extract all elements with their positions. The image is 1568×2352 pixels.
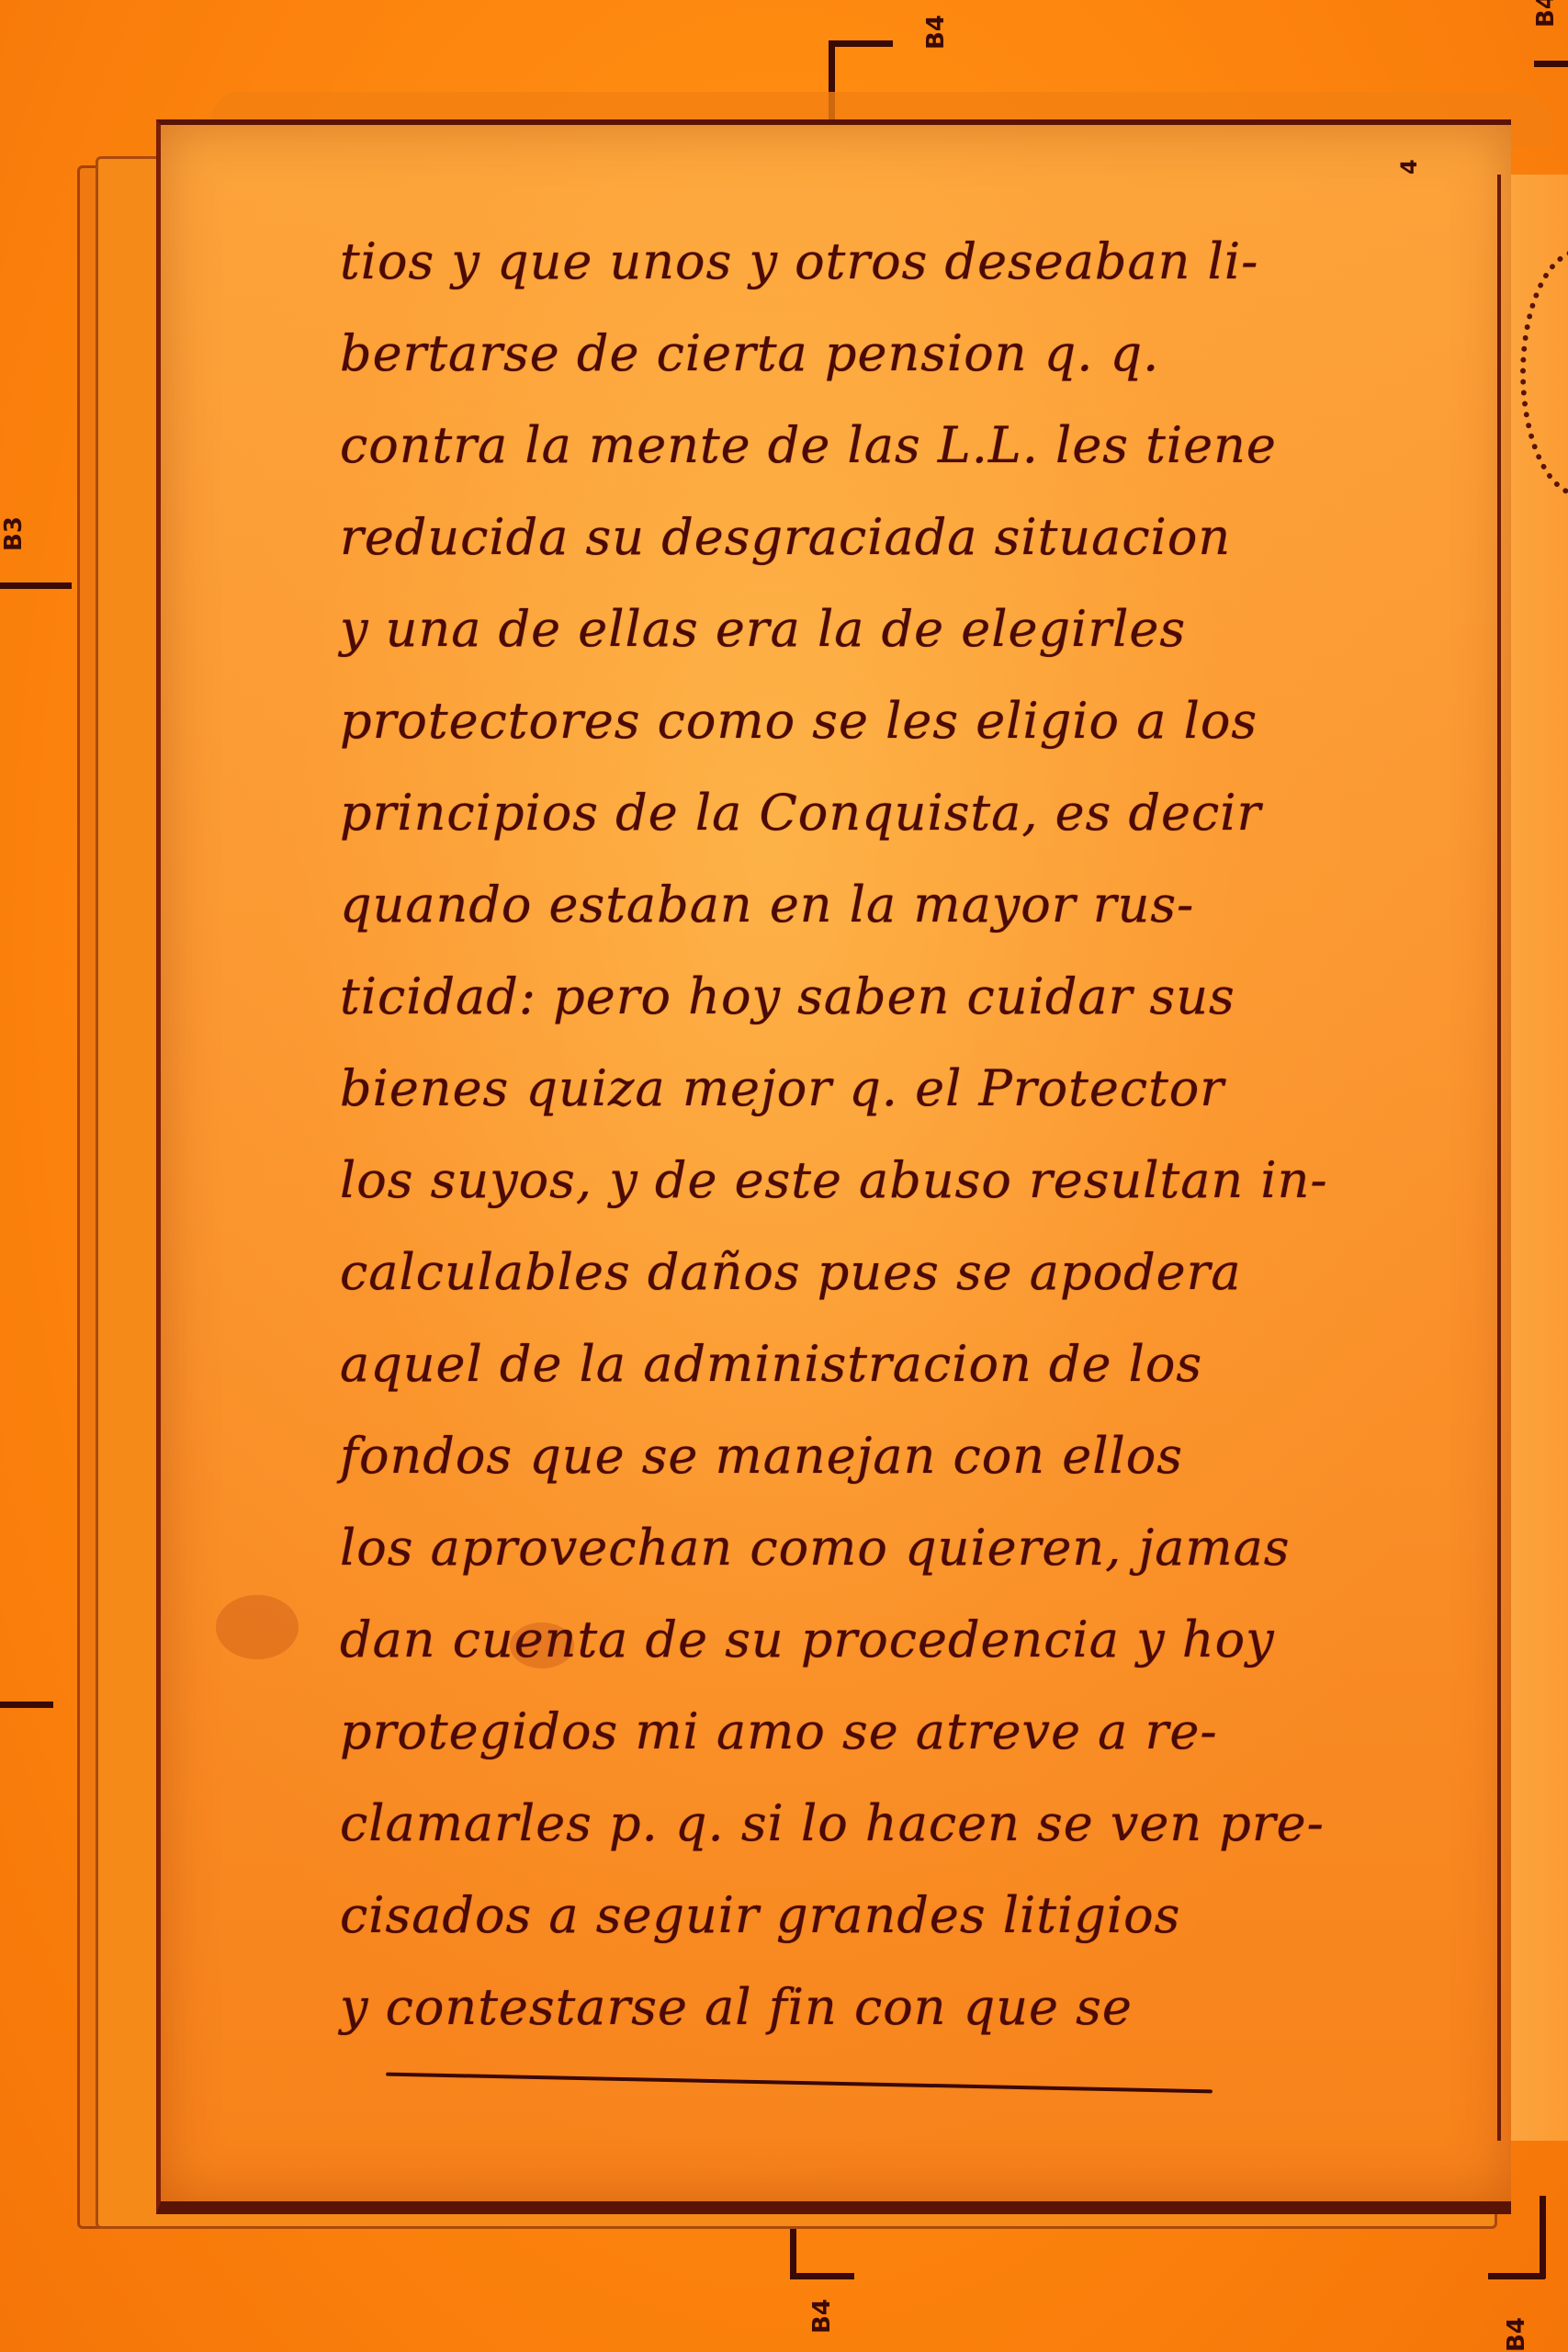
page-fold xyxy=(1497,175,1501,2141)
calib-label-bottom: B4 xyxy=(808,2299,836,2334)
text-line: principios de la Conquista, es decir xyxy=(340,767,1286,859)
calib-top-bracket-h xyxy=(829,40,893,47)
calib-left-tick-lower xyxy=(0,1702,53,1708)
text-line: contra la mente de las L.L. les tiene xyxy=(340,400,1286,492)
text-line: reducida su desgraciada situacion xyxy=(340,492,1286,583)
calib-label-top: B4 xyxy=(922,15,950,50)
text-line: los suyos, y de este abuso resultan in- xyxy=(340,1135,1286,1227)
handwritten-text: tios y que unos y otros deseaban li- ber… xyxy=(340,216,1286,2053)
text-line: dan cuenta de su procedencia y hoy xyxy=(340,1594,1286,1686)
text-line: protegidos mi amo se atreve a re- xyxy=(340,1686,1286,1778)
calib-top-right-tick xyxy=(1534,61,1568,67)
calib-left-tick xyxy=(0,582,72,589)
calib-bottom-right-bracket-h xyxy=(1488,2273,1545,2279)
text-line: ticidad: pero hoy saben cuidar sus xyxy=(340,951,1286,1043)
text-line: protectores como se les eligio a los xyxy=(340,675,1286,767)
stain xyxy=(216,1595,299,1659)
text-line: y una de ellas era la de elegirles xyxy=(340,583,1286,675)
edge-numeral: 4 xyxy=(1396,159,1422,175)
text-line: clamarles p. q. si lo hacen se ven pre- xyxy=(340,1778,1286,1870)
text-line: los aprovechan como quieren, jamas xyxy=(340,1502,1286,1594)
text-line: quando estaban en la mayor rus- xyxy=(340,859,1286,951)
text-line: y contestarse al fin con que se xyxy=(340,1962,1286,2053)
calib-label-bottom-right: B4 xyxy=(1503,2317,1530,2352)
text-line: bienes quiza mejor q. el Protector xyxy=(340,1043,1286,1135)
calib-bottom-bracket-h xyxy=(790,2273,854,2279)
text-line: fondos que se manejan con ellos xyxy=(340,1410,1286,1502)
text-line: cisados a seguir grandes litigios xyxy=(340,1870,1286,1962)
text-line: aquel de la administracion de los xyxy=(340,1318,1286,1410)
text-line: tios y que unos y otros deseaban li- xyxy=(340,216,1286,308)
calib-bottom-right-bracket-v xyxy=(1540,2196,1546,2278)
calib-label-left: B3 xyxy=(0,516,28,551)
text-line: bertarse de cierta pension q. q. xyxy=(340,308,1286,400)
calib-label-top-right: B4 xyxy=(1532,0,1560,28)
text-line: calculables daños pues se apodera xyxy=(340,1227,1286,1318)
